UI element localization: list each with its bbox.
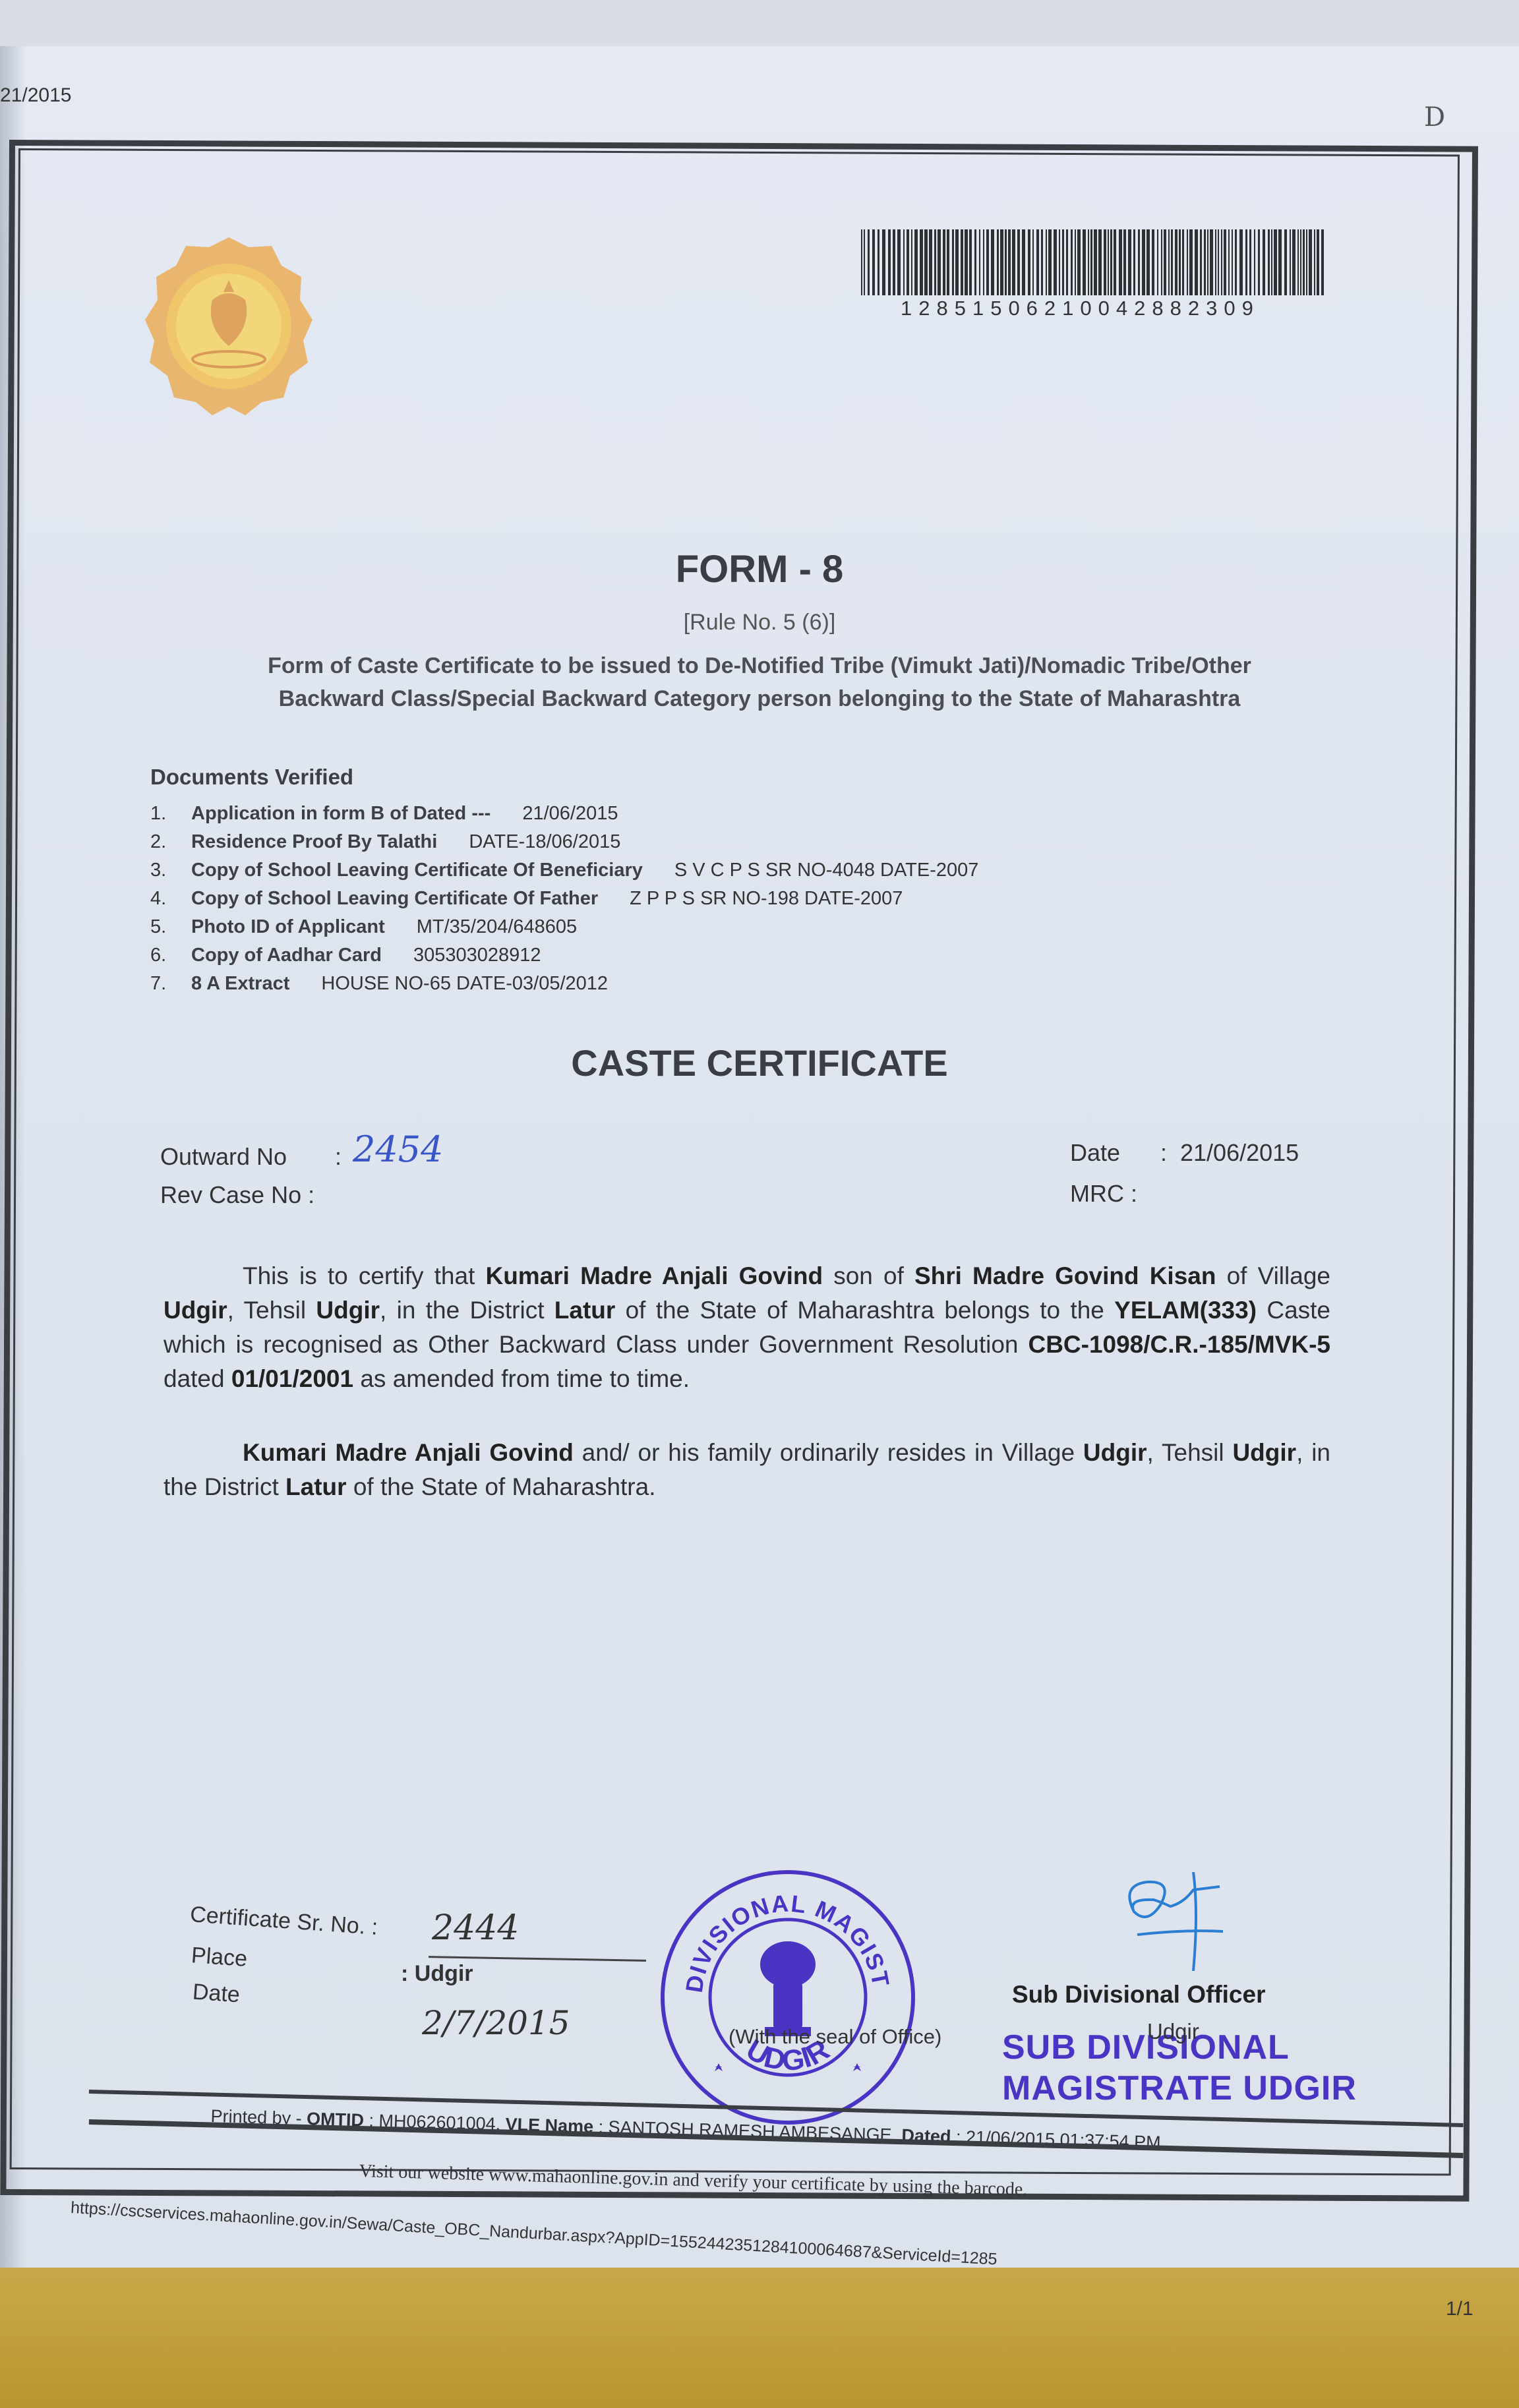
subtitle-line-1: Form of Caste Certificate to be issued t… bbox=[0, 649, 1519, 682]
doc-num: 1. bbox=[150, 803, 191, 831]
doc-label: Application in form B of Dated --- bbox=[191, 803, 491, 831]
doc-label: Photo ID of Applicant bbox=[191, 916, 385, 945]
rule-number: [Rule No. 5 (6)] bbox=[0, 610, 1519, 635]
doc-num: 6. bbox=[150, 945, 191, 973]
outward-no-colon: : bbox=[335, 1143, 342, 1171]
subtitle-line-2: Backward Class/Special Backward Category… bbox=[0, 682, 1519, 715]
certification-paragraph: This is to certify that Kumari Madre Anj… bbox=[164, 1259, 1330, 1396]
doc-num: 5. bbox=[150, 916, 191, 945]
document-item: 6.Copy of Aadhar Card305303028912 bbox=[150, 945, 978, 973]
officer-place: Udgir bbox=[1147, 2019, 1199, 2044]
magistrate-stamp-line-2: MAGISTRATE UDGIR bbox=[1002, 2068, 1357, 2109]
pen-mark: D bbox=[1424, 102, 1445, 132]
barcode bbox=[861, 229, 1329, 295]
document-item: 7.8 A ExtractHOUSE NO-65 DATE-03/05/2012 bbox=[150, 973, 978, 1001]
doc-label: Copy of Aadhar Card bbox=[191, 945, 382, 973]
page-number: 1/1 bbox=[1446, 2298, 1474, 2320]
date-colon: : bbox=[1160, 1139, 1167, 1167]
doc-num: 4. bbox=[150, 888, 191, 916]
caste-certificate-title: CASTE CERTIFICATE bbox=[0, 1042, 1519, 1084]
doc-label: 8 A Extract bbox=[191, 973, 289, 1001]
doc-num: 2. bbox=[150, 831, 191, 860]
doc-value: MT/35/204/648605 bbox=[417, 916, 577, 945]
doc-value: S V C P S SR NO-4048 DATE-2007 bbox=[674, 860, 979, 888]
officer-signature bbox=[1108, 1865, 1259, 1971]
doc-num: 3. bbox=[150, 860, 191, 888]
yellow-folder bbox=[0, 2268, 1519, 2408]
signature-date-value: 2/7/2015 bbox=[422, 2004, 570, 2042]
certificate-sr-no-value: 2444 bbox=[432, 1908, 519, 1948]
document-item: 2.Residence Proof By TalathiDATE-18/06/2… bbox=[150, 831, 978, 860]
seal-note: (With the seal of Office) bbox=[729, 2025, 941, 2049]
doc-label: Residence Proof By Talathi bbox=[191, 831, 437, 860]
document-item: 3.Copy of School Leaving Certificate Of … bbox=[150, 860, 978, 888]
rev-case-no-label: Rev Case No : bbox=[160, 1181, 314, 1209]
doc-value: Z P P S SR NO-198 DATE-2007 bbox=[630, 888, 903, 916]
mrc-label: MRC : bbox=[1070, 1180, 1137, 1208]
father-name: Shri Madre Govind Kisan bbox=[914, 1262, 1216, 1289]
date-label-signature: Date bbox=[192, 1980, 241, 2009]
sub-divisional-magistrate-seal-icon: SUB-DIVISIONAL MAGISTRATE UDGIR bbox=[656, 1865, 920, 2129]
form-title: FORM - 8 bbox=[0, 547, 1519, 591]
doc-label: Copy of School Leaving Certificate Of Be… bbox=[191, 860, 643, 888]
barcode-number: 12851506210042882309 bbox=[901, 297, 1260, 320]
residence-paragraph: Kumari Madre Anjali Govind and/ or his f… bbox=[164, 1436, 1330, 1504]
applicant-name: Kumari Madre Anjali Govind bbox=[485, 1262, 823, 1289]
document-item: 4.Copy of School Leaving Certificate Of … bbox=[150, 888, 978, 916]
document-item: 5.Photo ID of ApplicantMT/35/204/648605 bbox=[150, 916, 978, 945]
place-label: Place bbox=[191, 1943, 249, 1972]
documents-verified-heading: Documents Verified bbox=[150, 765, 353, 790]
officer-title: Sub Divisional Officer bbox=[1012, 1981, 1265, 2009]
date-value: 21/06/2015 bbox=[1180, 1139, 1299, 1167]
outward-no-value: 2454 bbox=[353, 1129, 443, 1170]
corner-date-fragment: 21/2015 bbox=[0, 84, 71, 107]
caste-name: YELAM(333) bbox=[1114, 1297, 1257, 1324]
doc-value: 21/06/2015 bbox=[522, 803, 618, 831]
document-item: 1.Application in form B of Dated ---21/0… bbox=[150, 803, 978, 831]
doc-num: 7. bbox=[150, 973, 191, 1001]
outward-no-label: Outward No bbox=[160, 1143, 287, 1171]
doc-value: DATE-18/06/2015 bbox=[469, 831, 620, 860]
doc-label: Copy of School Leaving Certificate Of Fa… bbox=[191, 888, 598, 916]
date-label: Date bbox=[1070, 1139, 1120, 1167]
doc-value: 305303028912 bbox=[413, 945, 541, 973]
resolution-number: CBC-1098/C.R.-185/MVK-5 bbox=[1028, 1331, 1330, 1358]
documents-verified-list: 1.Application in form B of Dated ---21/0… bbox=[150, 803, 978, 1001]
place-value: : Udgir bbox=[401, 1961, 473, 1987]
form-subtitle: Form of Caste Certificate to be issued t… bbox=[0, 649, 1519, 715]
maharashtra-emblem-icon bbox=[140, 234, 318, 419]
doc-value: HOUSE NO-65 DATE-03/05/2012 bbox=[321, 973, 608, 1001]
